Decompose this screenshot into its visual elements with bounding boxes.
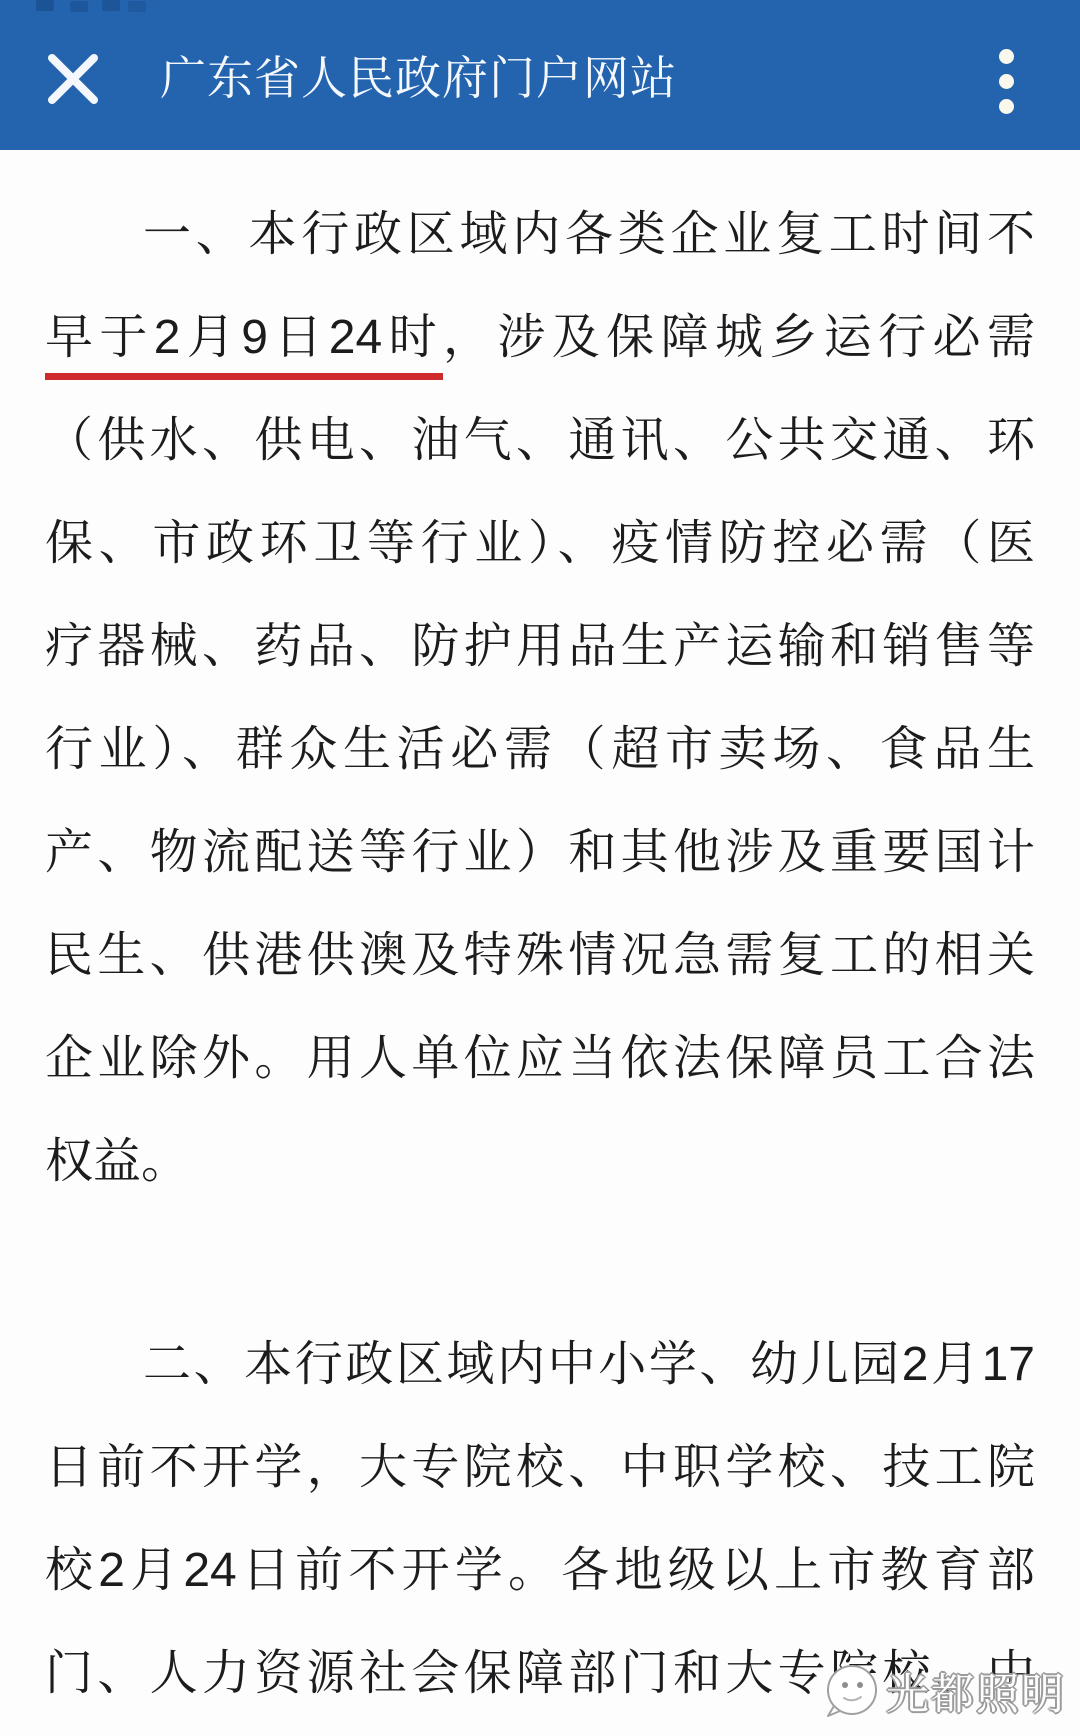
text-segment: 民生、供港供澳及特殊情况急需复工的相关: [45, 929, 1035, 982]
red-underlined-text: 早于2月9日24时: [45, 311, 443, 380]
text-line: 权益。: [45, 1110, 1035, 1213]
text-segment: ，涉及保障城乡运行必需: [443, 311, 1035, 364]
text-line: 民生、供港供澳及特殊情况急需复工的相关: [45, 904, 1035, 1007]
header-top-artifact: [28, 0, 148, 14]
text-segment: 产、物流配送等行业）和其他涉及重要国计: [45, 826, 1035, 879]
close-x-icon: [46, 52, 100, 106]
text-line: （供水、供电、油气、通讯、公共交通、环: [45, 389, 1035, 492]
text-segment: 行业）、群众生活必需（超市卖场、食品生: [45, 723, 1035, 776]
page: 广东省人民政府门户网站 一、本行政区域内各类企业复工时间不早于2月9日24时，涉…: [0, 0, 1080, 1736]
kebab-menu-icon: [999, 49, 1014, 64]
menu-button[interactable]: [986, 42, 1026, 120]
text-line: 疗器械、药品、防护用品生产运输和销售等: [45, 595, 1035, 698]
text-segment: 校2月24日前不开学。各地级以上市教育部: [45, 1544, 1035, 1597]
text-segment: 保、市政环卫等行业）、疫情防控必需（医: [45, 517, 1035, 570]
text-line: 二、本行政区域内中小学、幼儿园2月17: [45, 1313, 1035, 1416]
text-segment: （供水、供电、油气、通讯、公共交通、环: [45, 414, 1035, 467]
text-segment: 权益。: [45, 1135, 189, 1188]
page-title: 广东省人民政府门户网站: [160, 42, 677, 108]
text-line: 校2月24日前不开学。各地级以上市教育部: [45, 1519, 1035, 1622]
kebab-menu-icon: [999, 99, 1014, 114]
close-button[interactable]: [40, 46, 106, 112]
text-line: 一、本行政区域内各类企业复工时间不: [45, 183, 1035, 286]
text-line: 门、人力资源社会保障部门和大专院校、中: [45, 1622, 1035, 1725]
paragraph: 一、本行政区域内各类企业复工时间不早于2月9日24时，涉及保障城乡运行必需（供水…: [45, 183, 1035, 1213]
text-segment: 日前不开学，大专院校、中职学校、技工院: [45, 1441, 1035, 1494]
text-line: 早于2月9日24时，涉及保障城乡运行必需: [45, 286, 1035, 389]
text-segment: 疗器械、药品、防护用品生产运输和销售等: [45, 620, 1035, 673]
text-segment: 一、本行政区域内各类企业复工时间不: [143, 208, 1035, 261]
kebab-menu-icon: [999, 74, 1014, 89]
text-line: 行业）、群众生活必需（超市卖场、食品生: [45, 698, 1035, 801]
paragraph-list: 一、本行政区域内各类企业复工时间不早于2月9日24时，涉及保障城乡运行必需（供水…: [45, 183, 1035, 1725]
text-line: 日前不开学，大专院校、中职学校、技工院: [45, 1416, 1035, 1519]
text-segment: 二、本行政区域内中小学、幼儿园2月17: [143, 1338, 1035, 1391]
text-segment: 门、人力资源社会保障部门和大专院校、中: [45, 1647, 1035, 1700]
text-line: 产、物流配送等行业）和其他涉及重要国计: [45, 801, 1035, 904]
app-header: 广东省人民政府门户网站: [0, 0, 1080, 150]
text-segment: 企业除外。用人单位应当依法保障员工合法: [45, 1032, 1035, 1085]
document-body: 一、本行政区域内各类企业复工时间不早于2月9日24时，涉及保障城乡运行必需（供水…: [0, 150, 1080, 1725]
text-line: 保、市政环卫等行业）、疫情防控必需（医: [45, 492, 1035, 595]
text-line: 企业除外。用人单位应当依法保障员工合法: [45, 1007, 1035, 1110]
paragraph: 二、本行政区域内中小学、幼儿园2月17日前不开学，大专院校、中职学校、技工院校2…: [45, 1313, 1035, 1725]
